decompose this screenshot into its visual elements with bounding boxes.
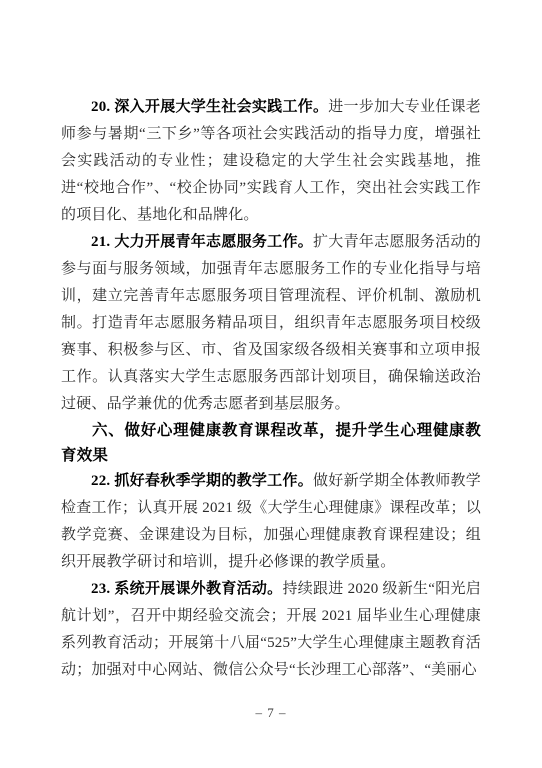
document-body: 20. 深入开展大学生社会实践工作。进一步加大专业任课老师参与暑期“三下乡”等各… — [0, 0, 542, 684]
page-number: – 7 – — [0, 705, 542, 721]
paragraph-21-lead: 21. 大力开展青年志愿服务工作。 — [91, 234, 313, 250]
paragraph-23: 23. 系统开展课外教育活动。持续跟进 2020 级新生“阳光启航计划”，召开中… — [61, 576, 481, 684]
paragraph-21-text: 扩大青年志愿服务活动的参与面与服务领域，加强青年志愿服务工作的专业化指导与培训，… — [61, 234, 481, 412]
paragraph-20: 20. 深入开展大学生社会实践工作。进一步加大专业任课老师参与暑期“三下乡”等各… — [61, 94, 481, 229]
paragraph-22-lead: 22. 抓好春秋季学期的教学工作。 — [91, 473, 313, 489]
paragraph-20-text: 进一步加大专业任课老师参与暑期“三下乡”等各项社会实践活动的指导力度，增强社会实… — [61, 99, 481, 223]
paragraph-20-lead: 20. 深入开展大学生社会实践工作。 — [91, 99, 328, 115]
paragraph-21: 21. 大力开展青年志愿服务工作。扩大青年志愿服务活动的参与面与服务领域，加强青… — [61, 229, 481, 418]
document-page: 20. 深入开展大学生社会实践工作。进一步加大专业任课老师参与暑期“三下乡”等各… — [0, 0, 542, 768]
paragraph-22: 22. 抓好春秋季学期的教学工作。做好新学期全体教师教学检查工作；认真开展 20… — [61, 468, 481, 576]
paragraph-23-lead: 23. 系统开展课外教育活动。 — [91, 581, 282, 597]
section-heading-6: 六、做好心理健康教育课程改革，提升学生心理健康教育效果 — [61, 418, 481, 468]
